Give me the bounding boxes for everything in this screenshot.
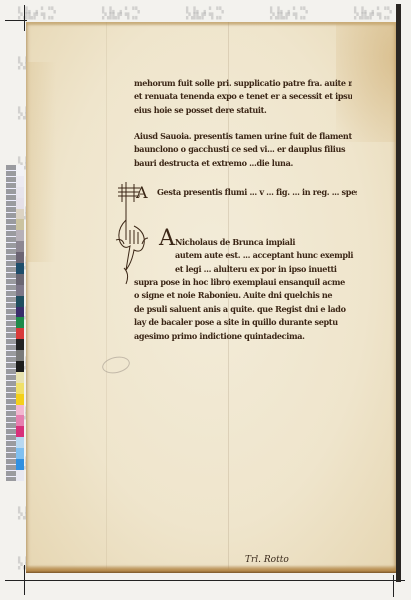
text-line: o signe et noie Rabonieu. Auite dni quel… xyxy=(134,289,354,303)
paragraph-1: mehorum fuit solle pri. supplicatio patr… xyxy=(134,77,352,117)
rubric-initial: A xyxy=(136,183,148,202)
crop-mark-bottom-left-v xyxy=(24,565,25,595)
text-line: lay de bacaler pose a site in quillo dur… xyxy=(134,316,354,330)
calibration-swatch xyxy=(16,296,24,307)
calibration-swatch xyxy=(16,307,24,318)
calibration-scale xyxy=(6,165,16,481)
text-line: de psuli saluent anis a quite. que Regis… xyxy=(134,302,354,316)
calibration-swatch xyxy=(16,285,24,296)
rubric-line: Gesta presentis flumi ... v ... fig. ...… xyxy=(157,186,357,199)
calibration-swatch xyxy=(16,198,24,209)
calibration-swatch xyxy=(16,437,24,448)
watermark: ▌▐▖▗ ▘▝▚ ▞▟▙▛ ▜▗▖ xyxy=(270,8,308,20)
calibration-swatch xyxy=(16,426,24,437)
calibration-swatch xyxy=(16,230,24,241)
stain-left xyxy=(26,62,56,262)
calibration-swatch xyxy=(16,361,24,372)
calibration-swatch xyxy=(16,165,24,176)
text-line: et renuata tenenda expo e tenet er a sec… xyxy=(134,90,352,104)
text-line: et legi ... alulteru ex por in ipso inue… xyxy=(175,262,355,276)
calibration-swatch xyxy=(16,470,24,481)
text-line: baunclono o gacchusti ce sed vi... er da… xyxy=(134,143,352,157)
calibration-swatch xyxy=(16,209,24,220)
watermark: ▌▐▖▗ ▘▝▚ ▞▟▙▛ ▜▗▖ xyxy=(102,8,140,20)
page-edge-shadow xyxy=(396,4,401,582)
calibration-swatch xyxy=(16,350,24,361)
calibration-swatch xyxy=(16,339,24,350)
large-initial: A xyxy=(159,226,175,251)
text-line: Aiusd Sauoia. presentis tamen urine fuit… xyxy=(134,130,352,144)
text-line: bauri destructa et extremo ...die luna. xyxy=(134,156,352,170)
calibration-swatch xyxy=(16,459,24,470)
text-line: Nicholaus de Brunca impiali xyxy=(175,236,355,250)
watermark: ▌▐▖▗ ▘▝▚ ▞▟▙▛ ▜▗▖ xyxy=(354,8,392,20)
calibration-swatch xyxy=(16,394,24,405)
text-line: mehorum fuit solle pri. supplicatio patr… xyxy=(134,77,352,91)
calibration-swatch xyxy=(16,274,24,285)
rubric-text: Gesta presentis flumi ... v ... fig. ...… xyxy=(157,186,357,200)
paragraph-3-body: supra pose in hoc libro exemplaui ensanq… xyxy=(134,276,354,343)
crop-mark-bottom-h xyxy=(5,580,405,581)
calibration-swatch xyxy=(16,252,24,263)
calibration-swatch xyxy=(16,372,24,383)
calibration-swatch xyxy=(16,241,24,252)
watermark: ▌▐▖▗ ▘▝▚ ▞▟▙▛ ▜▗▖ xyxy=(186,8,224,20)
paragraph-2: Aiusd Sauoia. presentis tamen urine fuit… xyxy=(134,130,352,170)
page-bottom-edge xyxy=(26,565,396,573)
calibration-swatches xyxy=(16,165,24,481)
calibration-swatch xyxy=(16,448,24,459)
calibration-swatch xyxy=(16,317,24,328)
footer-signature: Trl. Rotto xyxy=(245,555,289,565)
calibration-swatch xyxy=(16,415,24,426)
calibration-swatch xyxy=(16,176,24,187)
paragraph-3-indented: Nicholaus de Brunca impiali autem aute e… xyxy=(175,236,355,276)
calibration-swatch xyxy=(16,405,24,416)
text-line: autem aute est. ... acceptant hunc exemp… xyxy=(175,249,355,263)
text-line: agesimo primo indictione quintadecima. xyxy=(134,329,354,343)
calibration-swatch xyxy=(16,263,24,274)
color-calibration-strip xyxy=(6,165,24,481)
calibration-swatch xyxy=(16,328,24,339)
calibration-swatch xyxy=(16,383,24,394)
text-line: supra pose in hoc libro exemplaui ensanq… xyxy=(134,276,354,290)
text-line: eius hoie se posset dere statuit. xyxy=(134,103,352,117)
ruling-line-vertical-left xyxy=(106,22,107,573)
calibration-swatch xyxy=(16,187,24,198)
crop-mark-bottom-right-v xyxy=(393,575,394,597)
crop-mark-top-left-v xyxy=(24,5,25,31)
calibration-swatch xyxy=(16,219,24,230)
